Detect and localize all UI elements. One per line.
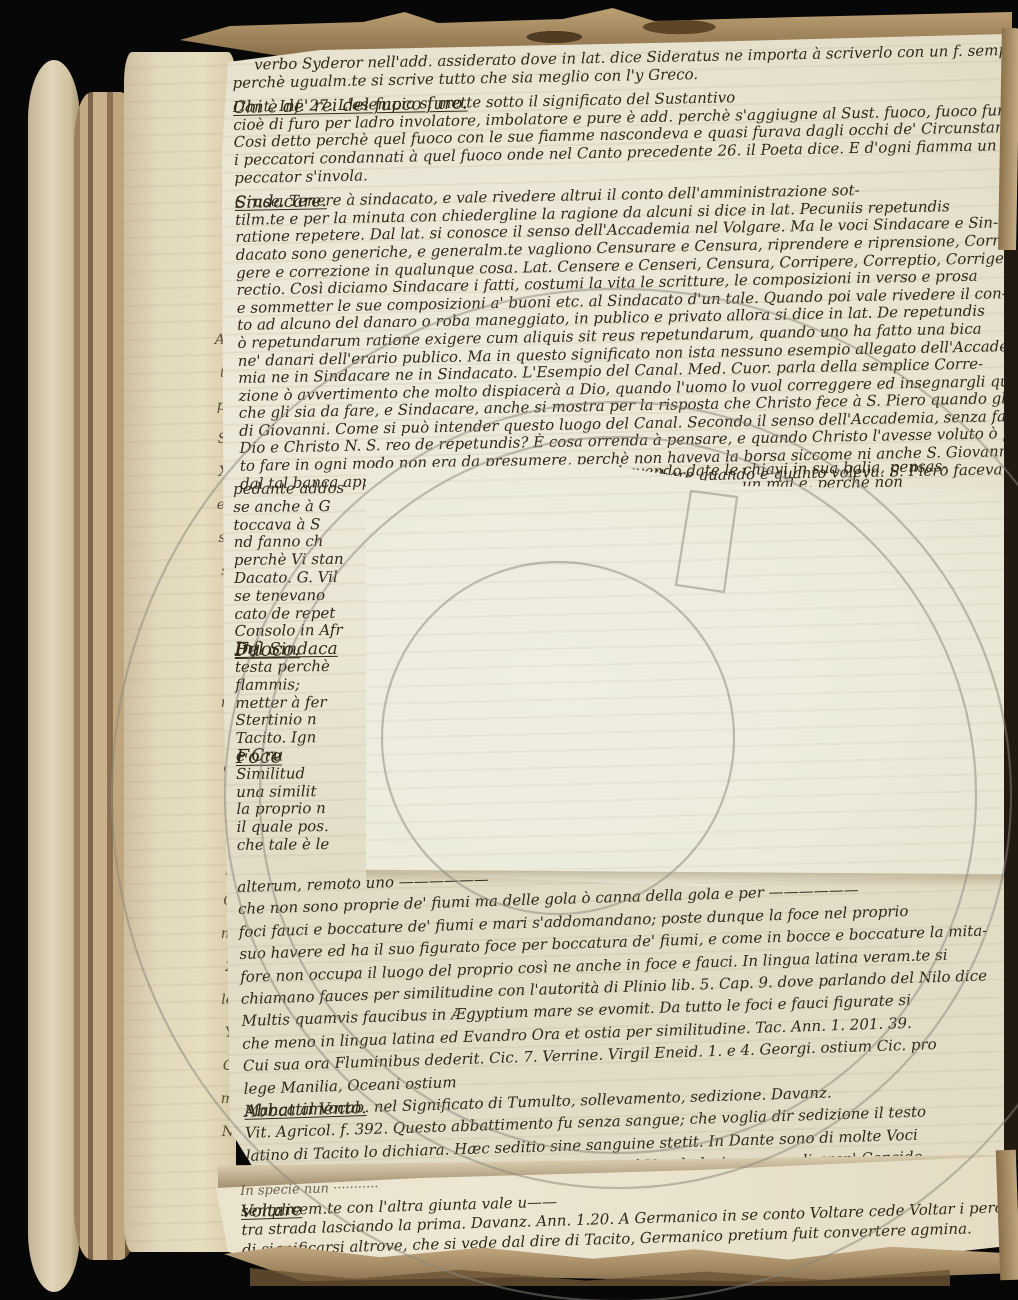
text-line: Foce e Cru bbox=[236, 746, 378, 765]
text-line: Y bbox=[182, 1017, 234, 1050]
text-line: N bbox=[182, 1116, 234, 1149]
top-text-block: verbo Syderor nell'add. assiderato dove … bbox=[232, 42, 1018, 493]
entry-headword: Abbattimento. bbox=[244, 1096, 367, 1122]
entry-headword: Foce bbox=[236, 747, 282, 765]
text-line: Dacato. G. Vil bbox=[234, 568, 376, 587]
text-line: m bbox=[182, 918, 234, 951]
entry-headword: Voltare bbox=[241, 1200, 303, 1221]
text-line: cato de repet bbox=[234, 604, 376, 623]
left-text-column: pedante addosse anche à Gtoccava à Snd f… bbox=[233, 480, 379, 855]
under-page: AbtapeSrXIegsostfhCmnCkypCm2leYGmN bbox=[124, 52, 236, 1252]
text-line: una similit bbox=[236, 782, 378, 801]
text-line: il quale pos. bbox=[237, 818, 379, 837]
text-line: che tale è le bbox=[237, 835, 379, 854]
text-line: le bbox=[182, 984, 234, 1017]
text-line: la proprio n bbox=[236, 800, 378, 819]
text-line: flammis; bbox=[235, 675, 377, 694]
text-line: se tenevano bbox=[234, 586, 376, 605]
text-line: Stertinio n bbox=[235, 711, 377, 730]
right-page-edge-bottom bbox=[996, 1150, 1018, 1281]
text-line: pedante addos bbox=[233, 480, 375, 499]
text-line: C bbox=[182, 885, 234, 918]
right-page-edge-top bbox=[998, 28, 1018, 250]
right-page-edge-middle bbox=[1004, 250, 1018, 1160]
text-line: se anche à G bbox=[233, 497, 375, 516]
book-spine-edge bbox=[28, 60, 80, 1292]
text-line: G bbox=[182, 1050, 234, 1083]
text-line: perchè Vi stan bbox=[234, 551, 376, 570]
text-line: metter à fer bbox=[235, 693, 377, 712]
text-line: 2 bbox=[182, 951, 234, 984]
text-line: toccava à S bbox=[233, 515, 375, 534]
entry-headword: Fuoco. bbox=[235, 640, 300, 658]
manuscript-photo: AbtapeSrXIegsostfhCmnCkypCm2leYGmN verbo… bbox=[0, 0, 1018, 1300]
text-line: nd fanno ch bbox=[234, 533, 376, 552]
text-line: m bbox=[182, 1083, 234, 1116]
entry-headword: Sindacare. bbox=[235, 192, 327, 211]
